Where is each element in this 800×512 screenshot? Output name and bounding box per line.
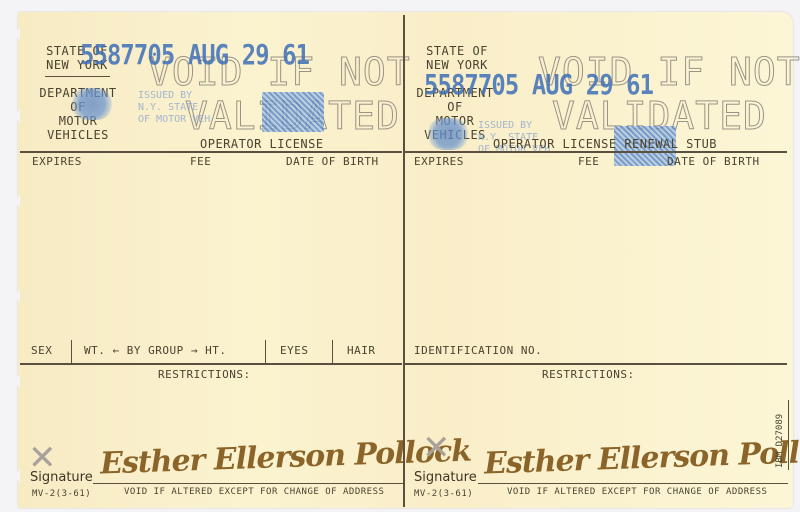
divider [71,340,72,364]
form-title: OPERATOR LICENSE RENEWAL STUB [493,137,717,151]
form-title: OPERATOR LICENSE [200,137,324,151]
field-dob-label: DATE OF BIRTH [667,155,760,168]
sign-here-x-icon: ✕ [422,428,451,468]
void-notice: VOID IF ALTERED EXCEPT FOR CHANGE OF ADD… [124,487,384,497]
printer-code: IBM D27089 [775,414,785,468]
issued-by-line: N.Y. STATE [138,102,210,114]
divider [405,363,787,365]
validation-stamp-number: 5587705 AUG 29 61 [80,38,309,71]
form-number: MV-2(3-61) [414,489,473,499]
field-expires-label: EXPIRES [414,155,464,168]
signature-label: Signature [414,470,477,485]
divider [20,363,402,365]
field-eyes-label: EYES [280,344,309,357]
perforation-notch [12,195,20,207]
field-wt-ht-label: WT. ← BY GROUP → HT. [84,344,226,357]
divider [405,151,787,153]
perforation-notch [12,375,20,387]
void-notice: VOID IF ALTERED EXCEPT FOR CHANGE OF ADD… [507,487,767,497]
issued-by-line: ISSUED BY [138,90,210,102]
dept-line: VEHICLES [28,128,128,142]
restrictions-label: RESTRICTIONS: [158,368,251,381]
state-seal-icon [428,118,468,150]
divider [20,151,402,153]
perforation-notch [12,110,20,122]
field-hair-label: HAIR [347,344,376,357]
divider [788,400,789,470]
divider [265,340,266,364]
issued-by-line: OF MOTOR VEH [138,114,210,126]
perforation-notch [12,470,20,482]
validation-stamp-number: 5587705 AUG 29 61 [424,68,653,101]
perforation-notch [12,290,20,302]
dept-line: OF [405,100,505,114]
field-fee-label: FEE [190,155,211,168]
signature-line [93,483,403,484]
perforation-notch [12,28,20,40]
field-expires-label: EXPIRES [32,155,82,168]
signature-label: Signature [30,470,93,485]
issued-by-stamp: ISSUED BY N.Y. STATE OF MOTOR VEH [138,90,210,126]
issued-by-line: ISSUED BY [478,120,550,132]
issuer-line: STATE OF [422,44,492,58]
validation-stamp-icon [262,92,324,132]
field-dob-label: DATE OF BIRTH [286,155,379,168]
field-fee-label: FEE [578,155,599,168]
state-seal-icon [72,88,112,120]
signature-line [478,483,788,484]
divider [332,340,333,364]
restrictions-label: RESTRICTIONS: [542,368,635,381]
field-identification-label: IDENTIFICATION NO. [414,344,542,357]
field-sex-label: SEX [31,344,52,357]
form-number: MV-2(3-61) [32,489,91,499]
divider [45,76,110,77]
